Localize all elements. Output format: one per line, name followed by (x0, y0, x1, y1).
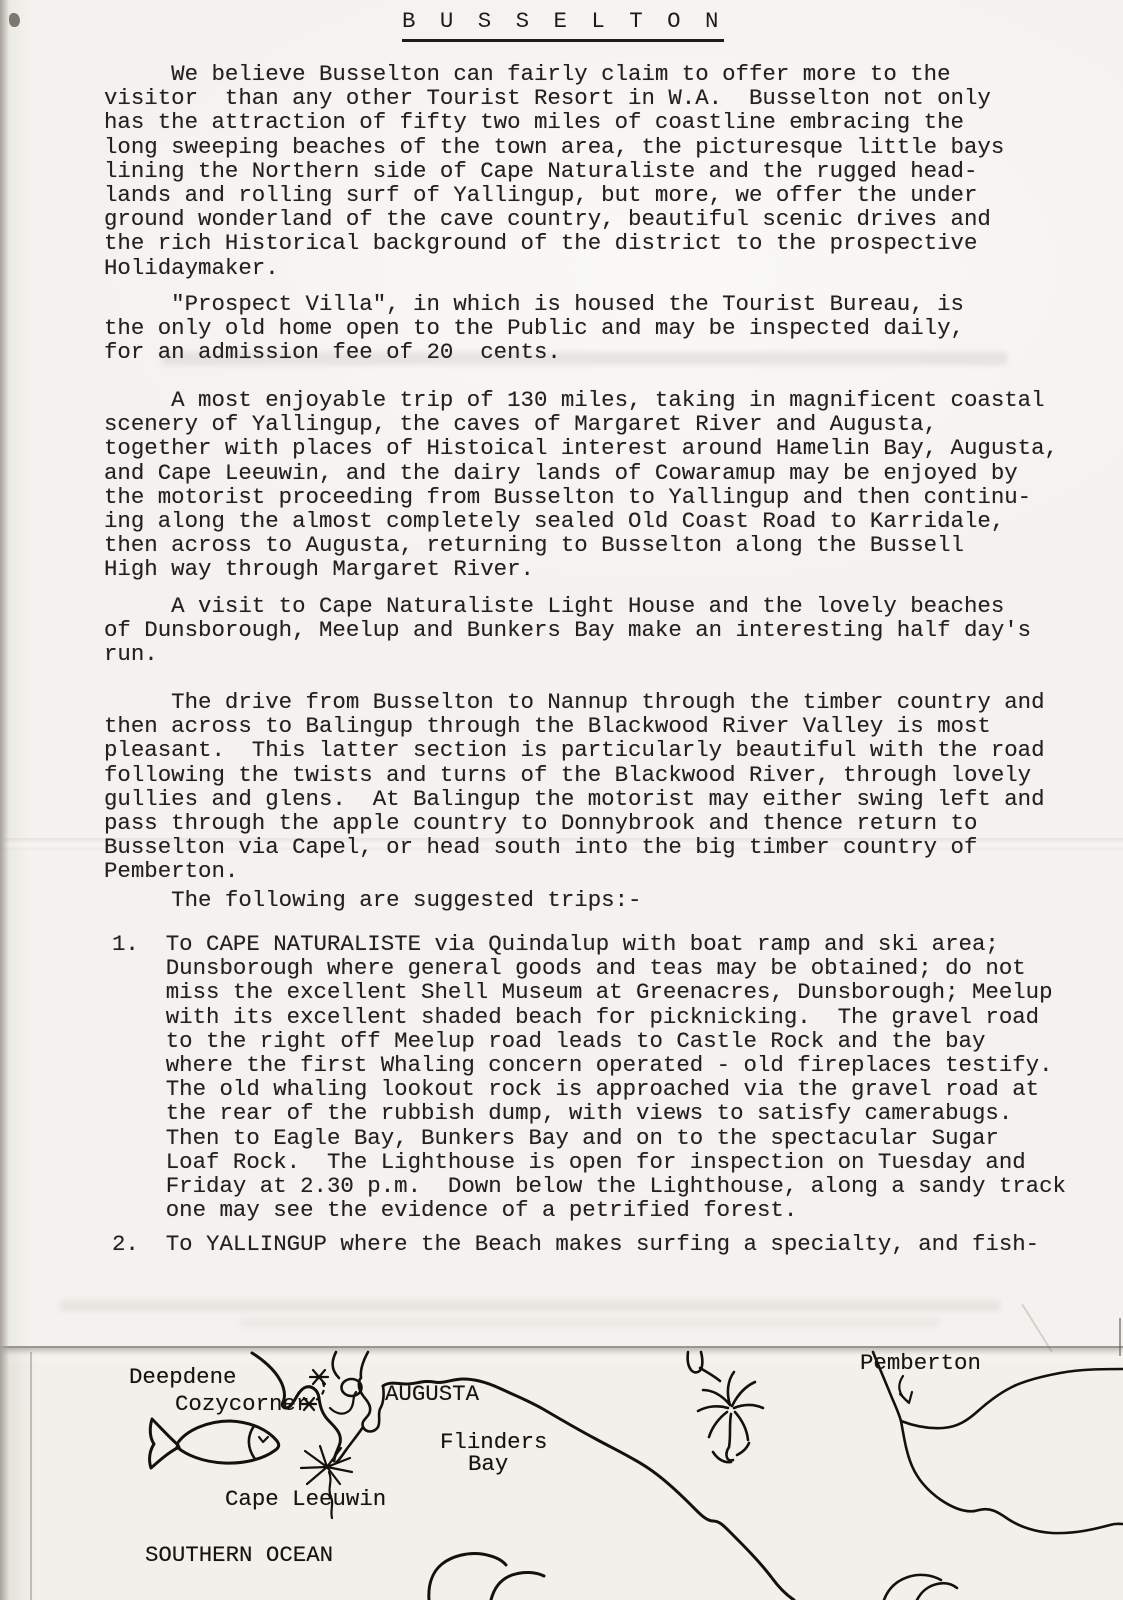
tree-scribble (688, 1352, 763, 1462)
map-label-augusta: AUGUSTA (385, 1383, 479, 1405)
map-label-pemberton: Pemberton (860, 1352, 981, 1374)
suggested-trips-intro: The following are suggested trips:- (104, 888, 641, 912)
trip-item-1: 1. To CAPE NATURALISTE via Quindalup wit… (112, 932, 1066, 1222)
map-label-deepdene: Deepdene (129, 1366, 237, 1388)
map-label-southern-ocean: SOUTHERN OCEAN (145, 1544, 333, 1566)
scan-left-edge-shadow (0, 0, 9, 1600)
pemberton-arrow (899, 1376, 912, 1403)
page-title-text: B U S S E L T O N (402, 8, 724, 42)
trip-item-2: 2. To YALLINGUP where the Beach makes su… (112, 1232, 1039, 1256)
pemberton-rivers (873, 1352, 1123, 1533)
page-title: B U S S E L T O N (402, 8, 724, 34)
map-label-cozycorner: Cozycorner (175, 1393, 309, 1415)
scan-corner-mark (9, 13, 20, 27)
paragraph-coastal-trip: A most enjoyable trip of 130 miles, taki… (104, 388, 1058, 582)
wave-curls (429, 1553, 957, 1600)
paragraph-nannup-drive: The drive from Busselton to Nannup throu… (104, 690, 1045, 884)
paragraph-cape-naturaliste-visit: A visit to Cape Naturaliste Light House … (104, 594, 1031, 667)
map-label-cape-leeuwin: Cape Leeuwin (225, 1488, 386, 1510)
paragraph-intro-busselton: We believe Busselton can fairly claim to… (104, 62, 1004, 280)
map-label-bay: Bay (468, 1453, 508, 1475)
blackwood-river-lines (333, 1352, 368, 1396)
east-coastline-path (383, 1379, 794, 1600)
paragraph-prospect-villa: "Prospect Villa", in which is housed the… (104, 292, 964, 365)
scanned-document-page: B U S S E L T O N We believe Busselton c… (0, 0, 1123, 1600)
fish-drawing (150, 1419, 279, 1468)
map-label-flinders: Flinders (440, 1431, 548, 1453)
